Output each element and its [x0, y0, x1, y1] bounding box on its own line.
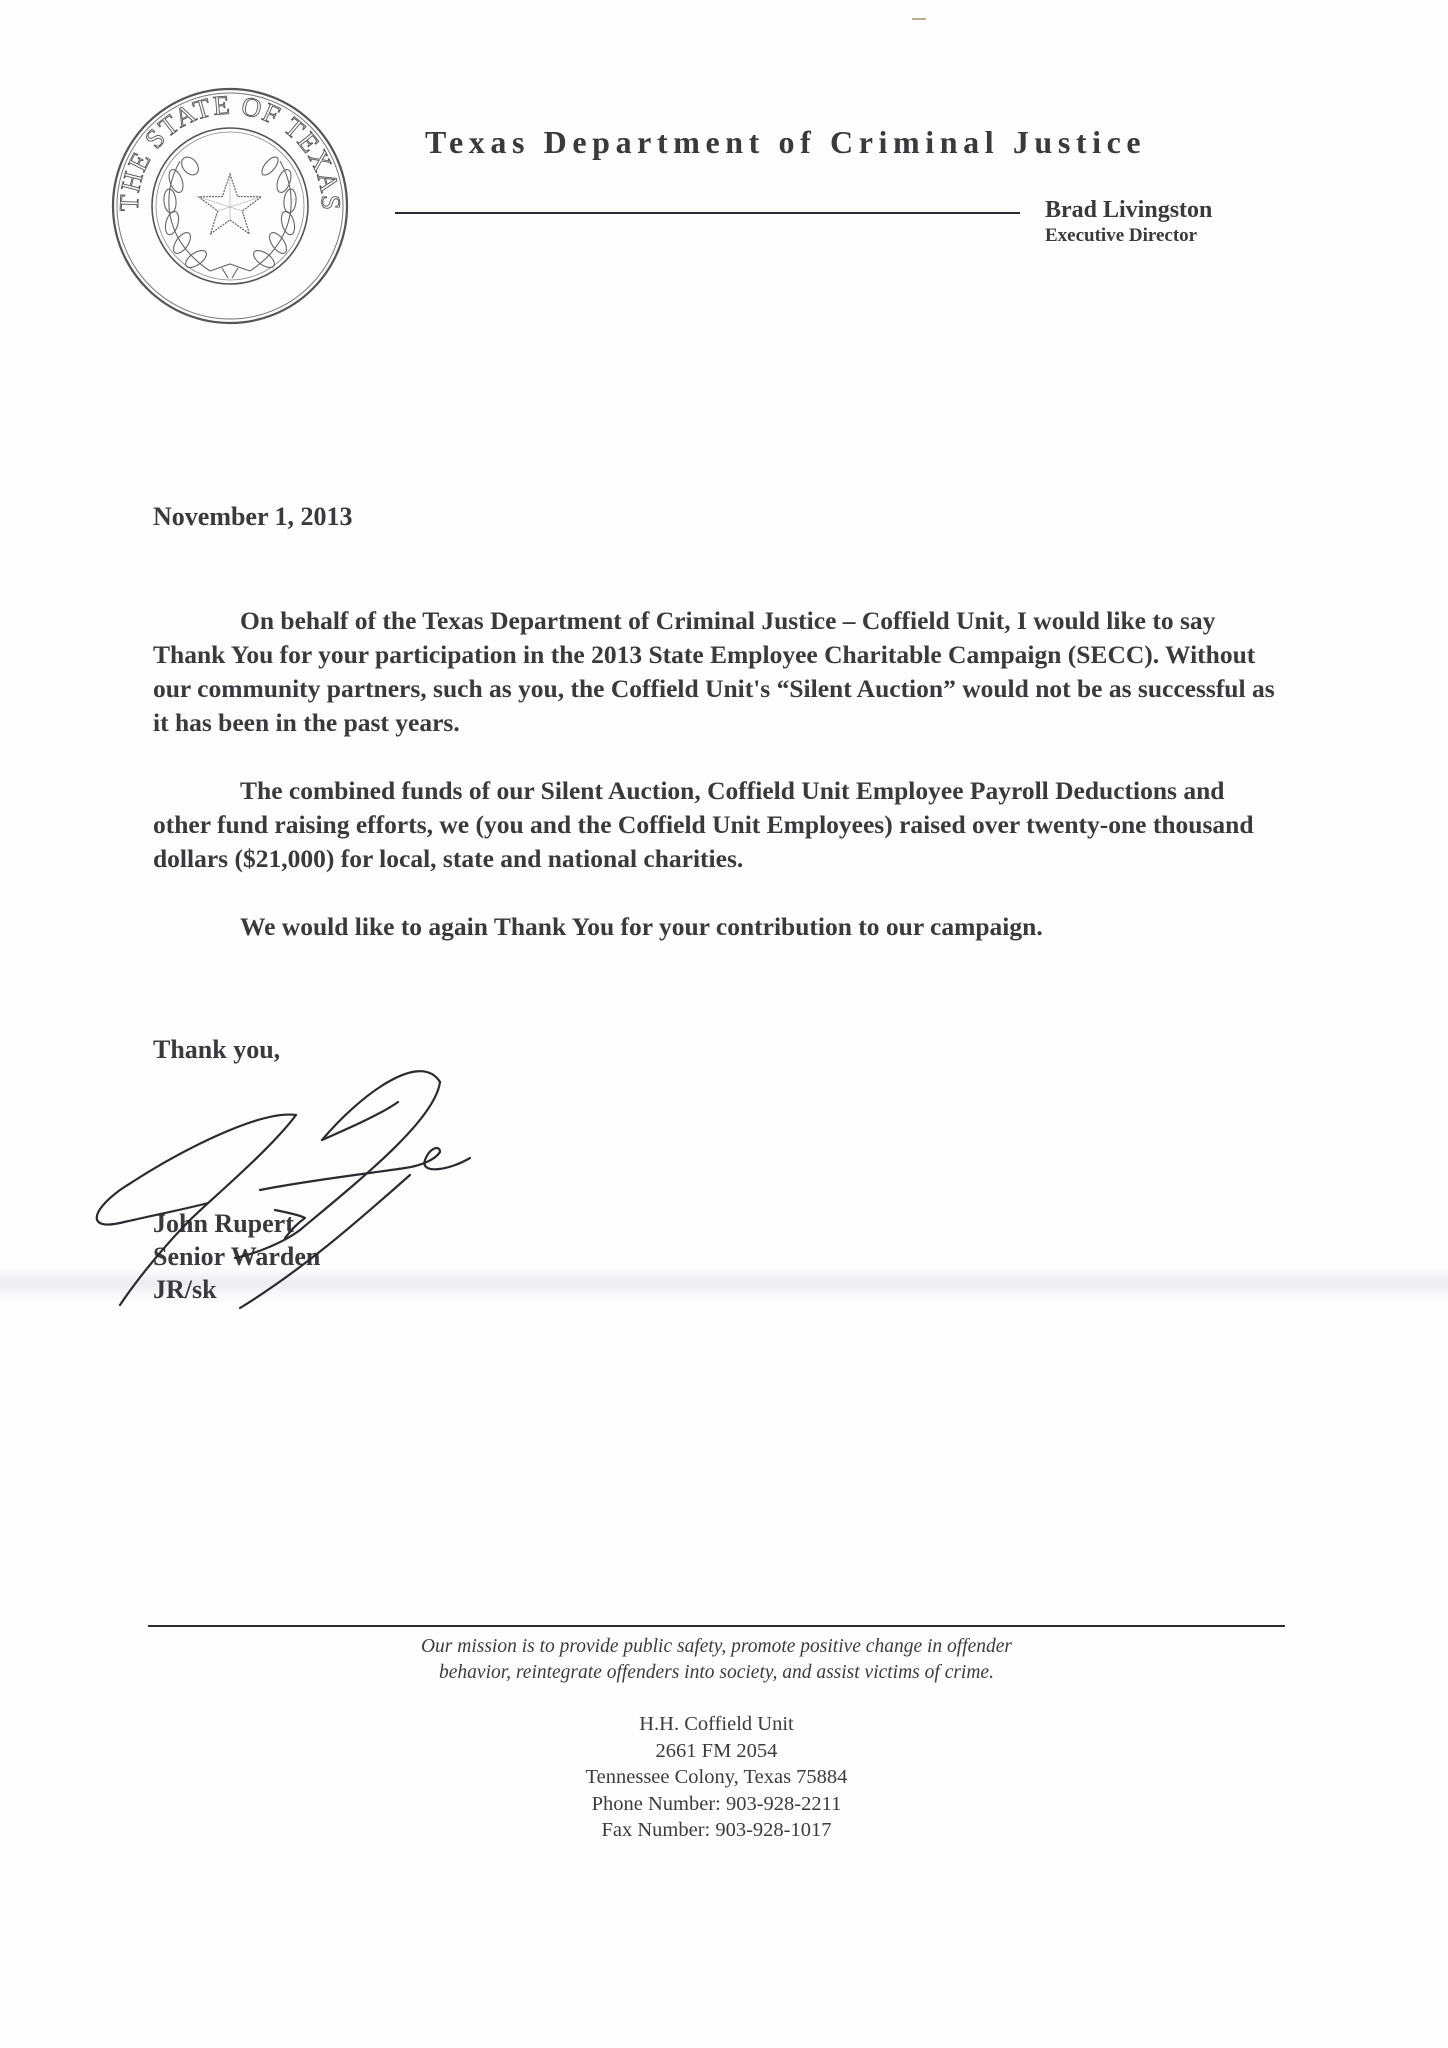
letter-body: On behalf of the Texas Department of Cri…: [153, 604, 1288, 978]
department-title: Texas Department of Criminal Justice: [425, 124, 1146, 161]
header-rule: [395, 212, 1020, 214]
address-phone: Phone Number: 903-928-2211: [148, 1791, 1285, 1818]
paper-speck: [912, 18, 926, 20]
address-city: Tennessee Colony, Texas 75884: [148, 1764, 1285, 1791]
mission-line: Our mission is to provide public safety,…: [148, 1634, 1285, 1660]
unit-address: H.H. Coffield Unit 2661 FM 2054 Tennesse…: [148, 1711, 1285, 1844]
body-paragraph: On behalf of the Texas Department of Cri…: [153, 604, 1288, 740]
address-unit: H.H. Coffield Unit: [148, 1711, 1285, 1738]
letter-date: November 1, 2013: [153, 502, 353, 532]
mission-statement: Our mission is to provide public safety,…: [148, 1634, 1285, 1686]
mission-line: behavior, reintegrate offenders into soc…: [148, 1660, 1285, 1686]
body-paragraph: We would like to again Thank You for you…: [153, 910, 1288, 944]
handwritten-signature: [90, 1040, 490, 1310]
letter-page: THE STATE OF TEXAS: [0, 0, 1448, 2048]
texas-seal-icon: THE STATE OF TEXAS: [110, 86, 350, 326]
director-block: Brad Livingston Executive Director: [1045, 196, 1212, 248]
address-fax: Fax Number: 903-928-1017: [148, 1817, 1285, 1844]
body-paragraph: The combined funds of our Silent Auction…: [153, 774, 1288, 876]
director-name: Brad Livingston: [1045, 196, 1212, 224]
footer-rule: [148, 1625, 1285, 1627]
director-title: Executive Director: [1045, 224, 1212, 248]
address-street: 2661 FM 2054: [148, 1738, 1285, 1765]
